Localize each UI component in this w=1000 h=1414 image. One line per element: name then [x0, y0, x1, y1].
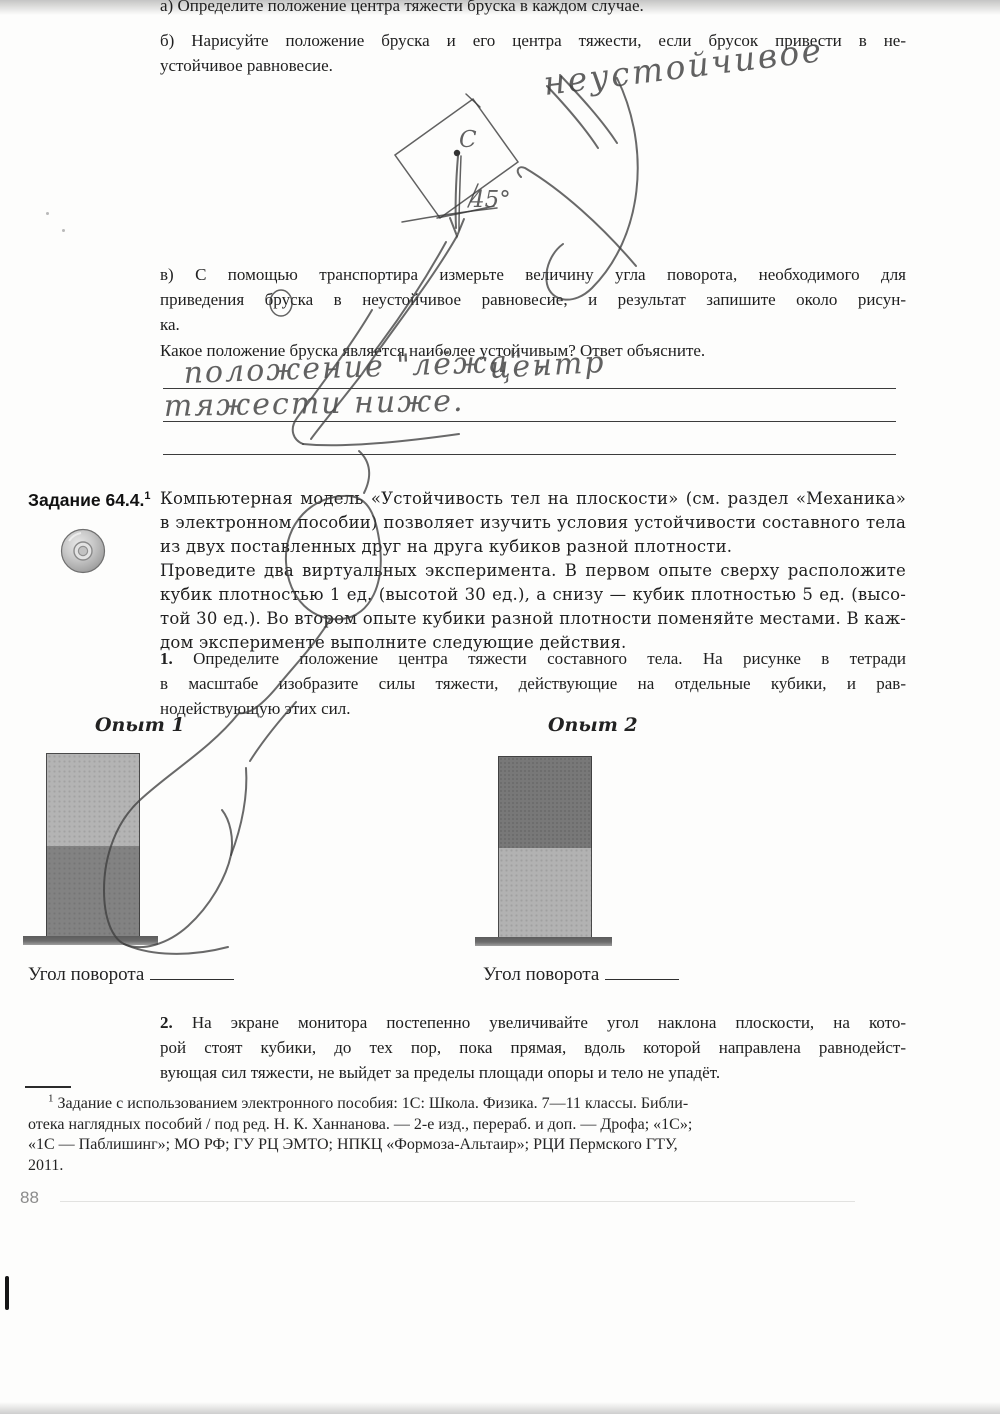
pencil-speck	[62, 229, 65, 232]
experiment-1-title: Опыт 1	[95, 714, 185, 736]
angle-blank-field	[605, 965, 679, 980]
text-line: б) Нарисуйте положение бруска и его цент…	[160, 28, 906, 53]
experiment-2-bottom-block	[498, 848, 592, 939]
item-number: 2.	[160, 1013, 173, 1032]
text-line: приведения бруска в неустойчивое равнове…	[160, 287, 906, 312]
experiment-2-top-block	[498, 756, 592, 850]
text-line: Проведите два виртуальных эксперимента. …	[160, 559, 906, 583]
experiment-1-bottom-block	[46, 846, 140, 938]
text-line: в электронном пособии) позволяет изучить…	[160, 511, 906, 535]
scan-artifact-line	[60, 1201, 855, 1202]
gravity-arrow-line	[456, 156, 458, 228]
answer-rule-line	[163, 421, 896, 422]
text-line: рой стоят кубики, до тех пор, пока пряма…	[160, 1035, 906, 1060]
experiment-2-ground-line	[475, 937, 612, 946]
angle-arc-stroke	[468, 184, 478, 207]
answer-rule-line	[163, 454, 896, 455]
gravity-arrow-retrace	[459, 156, 461, 230]
pen-scribble	[518, 167, 636, 266]
footnote: 1 Задание с использованием электронного …	[28, 1094, 908, 1176]
text-line: в) С помощью транспортира измерьте велич…	[160, 262, 906, 287]
angle-base-stroke	[402, 208, 497, 222]
angle-label: Угол поворота	[483, 964, 599, 985]
gravity-arrow-head	[450, 218, 464, 236]
pen-scribble	[231, 768, 246, 855]
pen-scribble	[547, 86, 598, 148]
text-line: в масштабе изобразите силы тяжести, дейс…	[160, 671, 906, 696]
experiment-2-angle-row: Угол поворота	[483, 964, 679, 986]
answer-handwriting-line2: тяжести ниже.	[164, 384, 465, 424]
footnote-reference: 1	[144, 490, 150, 502]
text-line: Компьютерная модель «Устойчивость тел на…	[160, 487, 906, 511]
footnote-separator	[25, 1086, 71, 1088]
text-line: кубик плотностью 1 ед. (высотой 30 ед.),…	[160, 583, 906, 607]
scan-artifact-mark	[5, 1276, 9, 1310]
footnote-text: Задание с использованием электронного по…	[58, 1095, 689, 1112]
pen-scribble	[124, 944, 228, 954]
task-label-text: Задание 64.4.	[28, 490, 144, 510]
experiment-2-title: Опыт 2	[548, 714, 638, 736]
item-number: 1.	[160, 649, 173, 668]
text-line: из двух поставленных друг на друга кубик…	[160, 535, 906, 559]
instruction-item-1: 1. Определите положение центра тяжести с…	[160, 646, 906, 721]
cd-disc-icon	[59, 527, 107, 575]
page-number: 88	[20, 1188, 39, 1208]
experiment-1-top-block	[46, 753, 140, 848]
pen-scribble	[303, 434, 459, 445]
text-line: а) Определите положение центра тяжести б…	[160, 0, 906, 18]
sketched-tilted-block	[395, 99, 518, 218]
text-line: нодействующую этих сил.	[160, 696, 906, 721]
angle-blank-field	[150, 965, 234, 980]
footnote-line: «1С — Паблишинг»; МО РФ; ГУ РЦ ЭМТО; НПК…	[28, 1135, 908, 1156]
item-text: Определите положение центра тяжести сост…	[193, 649, 906, 668]
answer-rule-line	[163, 388, 896, 389]
text-line: устойчивое равновесие.	[160, 53, 906, 78]
paragraph-b: б) Нарисуйте положение бруска и его цент…	[160, 28, 906, 78]
scan-artifact-bottom	[0, 1402, 1000, 1414]
task-number-label: Задание 64.4.1	[28, 490, 151, 511]
text-line: той 30 ед.). Во втором опыте кубики разн…	[160, 607, 906, 631]
instruction-item-2: 2. На экране монитора постепенно увеличи…	[160, 1010, 906, 1085]
center-of-gravity-label: C	[459, 127, 477, 153]
text-line: 2. На экране монитора постепенно увеличи…	[160, 1010, 906, 1035]
angle-label: Угол поворота	[28, 964, 144, 985]
pen-scribble	[560, 75, 617, 143]
scanned-workbook-page: а) Определите положение центра тяжести б…	[0, 0, 1000, 1414]
center-of-gravity-dot	[454, 150, 460, 156]
footnote-line: 2011.	[28, 1156, 908, 1177]
paragraph-v: в) С помощью транспортира измерьте велич…	[160, 262, 906, 337]
experiment-1-angle-row: Угол поворота	[28, 964, 234, 986]
question-text: Какое положение бруска является наиболее…	[160, 338, 906, 363]
handwritten-angle-value: 45°	[469, 187, 511, 213]
footnote-line: отека наглядных пособий / под ред. Н. К.…	[28, 1115, 908, 1136]
footnote-mark: 1	[48, 1093, 54, 1105]
pencil-speck	[46, 212, 49, 215]
item-text: На экране монитора постепенно увеличивай…	[192, 1013, 906, 1032]
text-line: 1. Определите положение центра тяжести с…	[160, 646, 906, 671]
task-paragraph: Компьютерная модель «Устойчивость тел на…	[160, 487, 906, 655]
sketch-corner-overshoot	[466, 94, 480, 107]
angle-base-stroke	[437, 206, 494, 218]
paragraph-a: а) Определите положение центра тяжести б…	[160, 0, 906, 18]
text-line: вующая сил тяжести, не выйдет за пределы…	[160, 1060, 906, 1085]
text-line: Какое положение бруска является наиболее…	[160, 338, 906, 363]
text-line: ка.	[160, 312, 906, 337]
experiment-1-ground-line	[23, 936, 158, 945]
footnote-line: 1 Задание с использованием электронного …	[28, 1094, 908, 1115]
